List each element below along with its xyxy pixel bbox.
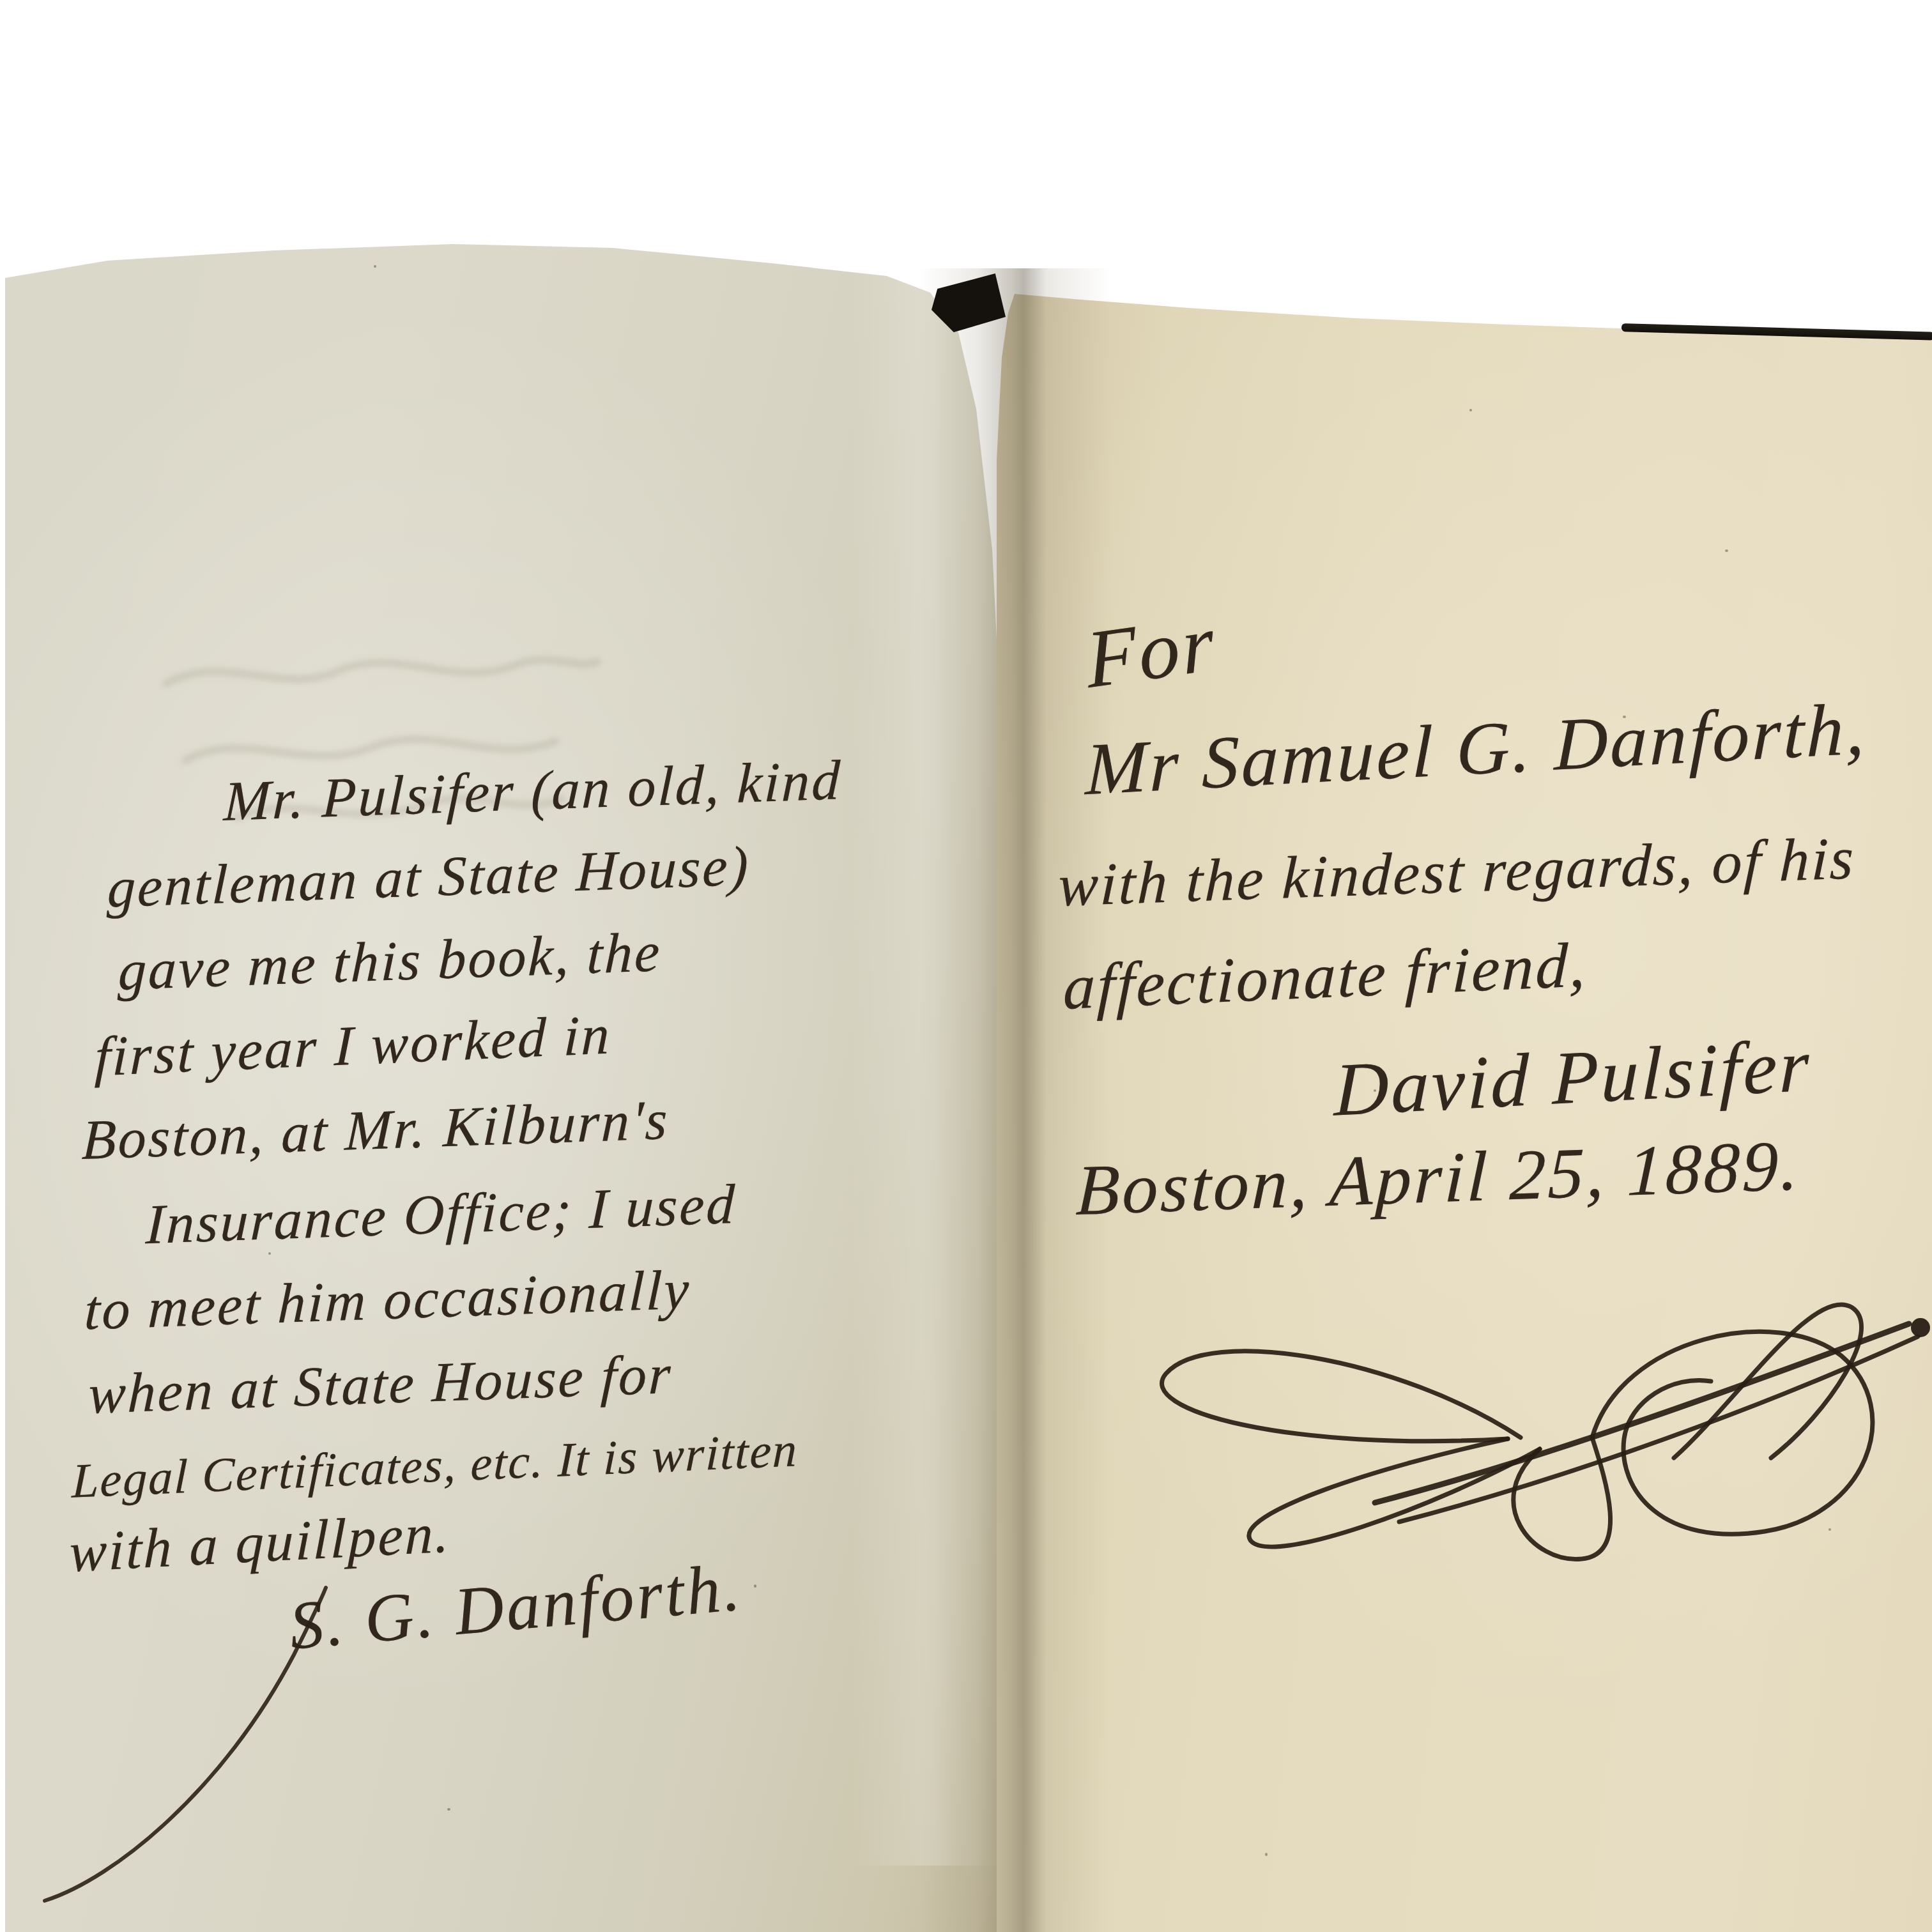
inscription-line: For xyxy=(1084,601,1219,701)
book-photo: Mr. Pulsifer (an old, kindgentleman at S… xyxy=(0,0,1932,1932)
left-page xyxy=(5,243,1017,1932)
